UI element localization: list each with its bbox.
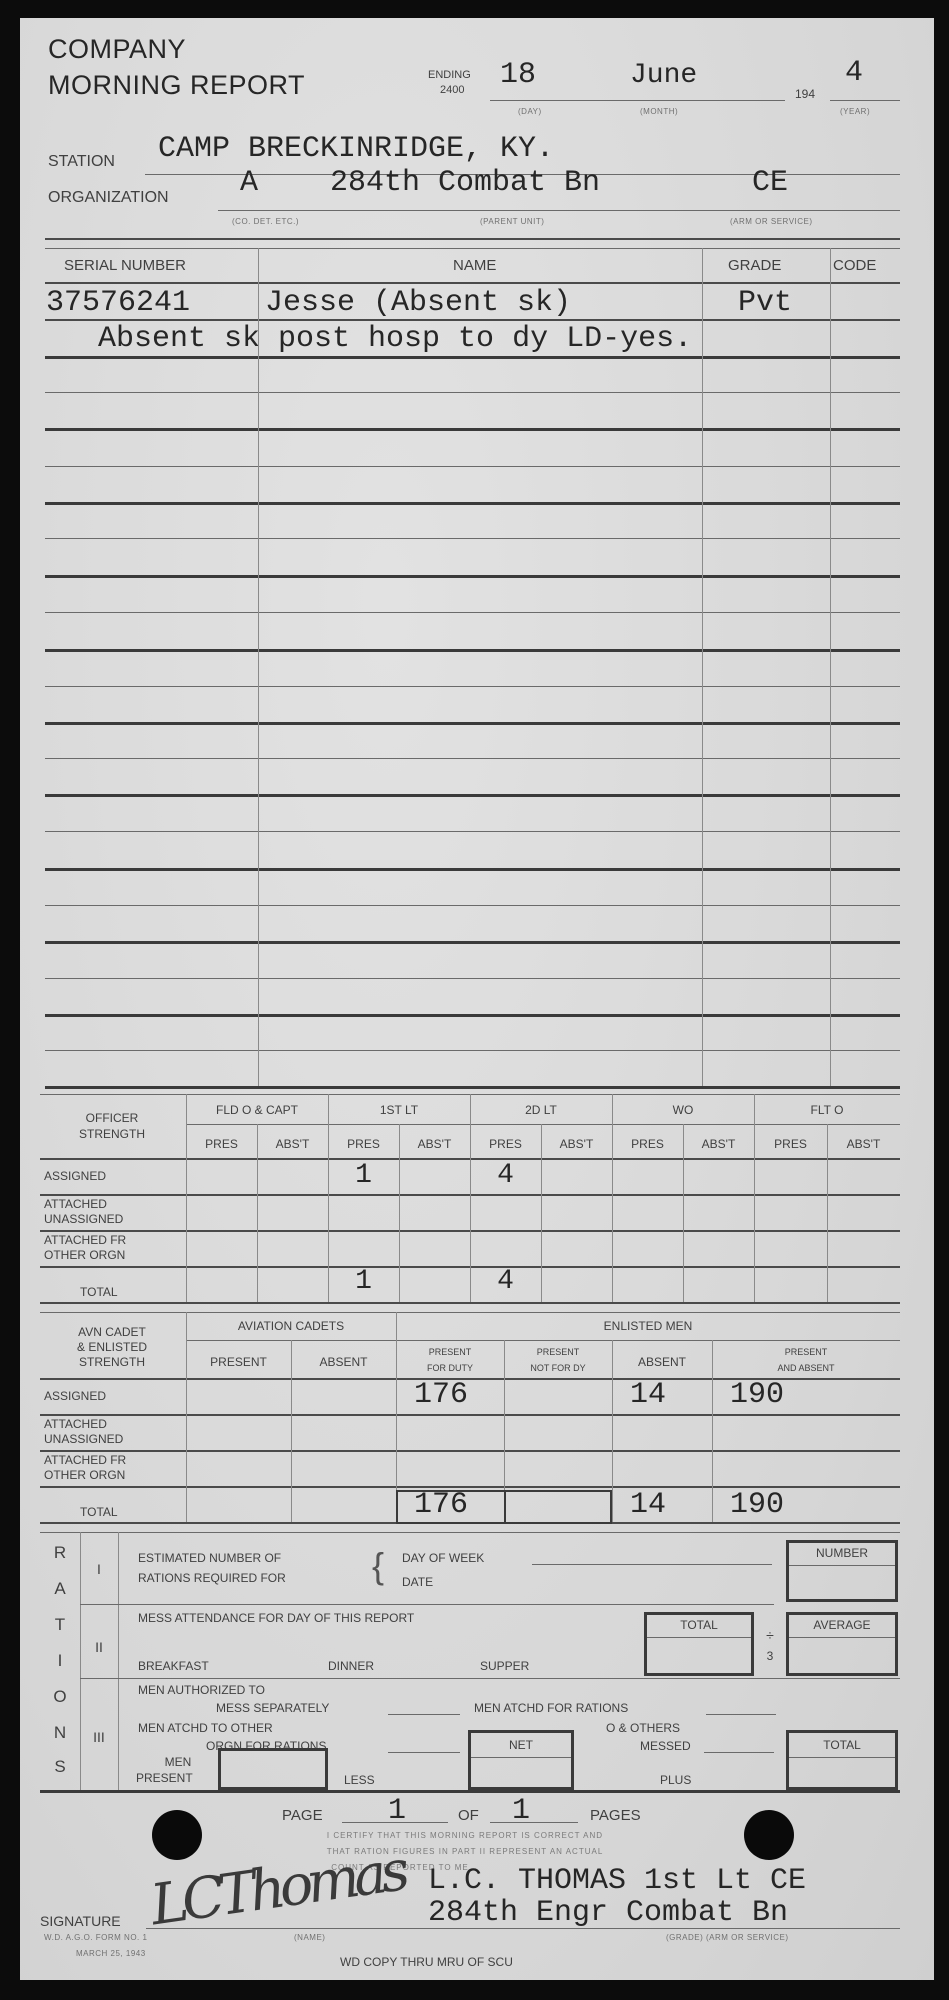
rations-part3-numeral: III bbox=[80, 1730, 118, 1744]
officer-strength-title-2: STRENGTH bbox=[40, 1128, 184, 1140]
fld-pres-header: PRES bbox=[186, 1138, 257, 1150]
mess-total-label: TOTAL bbox=[647, 1619, 751, 1631]
enlisted-row-attached-fr-2: OTHER ORGN bbox=[44, 1469, 125, 1481]
others-messed-line2: MESSED bbox=[640, 1740, 691, 1752]
less-label: LESS bbox=[344, 1774, 375, 1786]
date-label: DATE bbox=[402, 1576, 433, 1588]
2dlt-pres-header: PRES bbox=[470, 1138, 541, 1150]
page-label: PAGE bbox=[282, 1808, 323, 1823]
brace-icon: { bbox=[372, 1548, 384, 1584]
officer-total-2dlt-pres: 4 bbox=[470, 1268, 541, 1296]
enlisted-row-assigned: ASSIGNED bbox=[44, 1390, 106, 1402]
officer-group-flt-o: FLT O bbox=[754, 1104, 900, 1116]
em-present-notduty-header-2: NOT FOR DY bbox=[504, 1364, 612, 1373]
men-authorized-line1: MEN AUTHORIZED TO bbox=[138, 1684, 265, 1696]
divide-icon: ÷ bbox=[756, 1628, 784, 1642]
1stlt-pres-header: PRES bbox=[328, 1138, 399, 1150]
signer-unit: 284th Engr Combat Bn bbox=[428, 1898, 788, 1928]
officer-total-1stlt-pres: 1 bbox=[328, 1268, 399, 1296]
enlisted-row-attached-fr-1: ATTACHED FR bbox=[44, 1454, 126, 1466]
form-title-line2: MORNING REPORT bbox=[48, 72, 305, 99]
organization-parent-unit: 284th Combat Bn bbox=[330, 168, 600, 198]
parent-unit-caption: (PARENT UNIT) bbox=[480, 218, 544, 226]
officer-row-total: TOTAL bbox=[80, 1286, 118, 1298]
em-pres-abs-header-2: AND ABSENT bbox=[712, 1364, 900, 1373]
men-atchd-rations-label: MEN ATCHD FOR RATIONS bbox=[474, 1702, 628, 1714]
supper-label: SUPPER bbox=[480, 1660, 529, 1672]
officer-row-assigned: ASSIGNED bbox=[44, 1170, 106, 1182]
roster-header-name: NAME bbox=[453, 258, 496, 273]
enlisted-row-attached-2: UNASSIGNED bbox=[44, 1433, 123, 1445]
average-box[interactable]: AVERAGE bbox=[786, 1612, 898, 1676]
em-absent-header: ABSENT bbox=[612, 1356, 712, 1368]
certify-line-1: I CERTIFY THAT THIS MORNING REPORT IS CO… bbox=[250, 1832, 680, 1840]
officer-assigned-2dlt-pres: 4 bbox=[470, 1162, 541, 1190]
officer-row-attached-2: UNASSIGNED bbox=[44, 1213, 123, 1225]
organization-company: A bbox=[240, 168, 258, 198]
em-total-pres-abs: 190 bbox=[730, 1490, 784, 1520]
officer-group-2d-lt: 2D LT bbox=[470, 1104, 612, 1116]
em-present-duty-header-2: FOR DUTY bbox=[396, 1364, 504, 1373]
cadet-absent-header: ABSENT bbox=[291, 1356, 396, 1368]
aviation-cadets-group: AVIATION CADETS bbox=[186, 1320, 396, 1332]
net-label: NET bbox=[471, 1739, 571, 1751]
of-label: OF bbox=[458, 1808, 479, 1823]
wo-abst-header: ABS'T bbox=[683, 1138, 754, 1150]
form-title-line1: COMPANY bbox=[48, 36, 186, 63]
form-number: W.D. A.G.O. FORM NO. 1 bbox=[44, 1934, 147, 1942]
station-value: CAMP BRECKINRIDGE, KY. bbox=[158, 134, 554, 164]
officer-row-attached-fr-2: OTHER ORGN bbox=[44, 1249, 125, 1261]
enlisted-row-total: TOTAL bbox=[80, 1506, 118, 1518]
officer-assigned-1stlt-pres: 1 bbox=[328, 1162, 399, 1190]
fld-abst-header: ABS'T bbox=[257, 1138, 328, 1150]
others-messed-line1: O & OTHERS bbox=[606, 1722, 680, 1734]
men-present-line1: MEN bbox=[138, 1756, 218, 1768]
month-caption: (MONTH) bbox=[640, 108, 678, 116]
rations-total-box[interactable]: TOTAL bbox=[786, 1730, 898, 1790]
punch-hole-right bbox=[744, 1810, 794, 1860]
ending-time: 2400 bbox=[440, 85, 464, 96]
roster-header-grade: GRADE bbox=[728, 258, 781, 273]
flt-abst-header: ABS'T bbox=[827, 1138, 900, 1150]
officer-row-attached-fr-1: ATTACHED FR bbox=[44, 1234, 126, 1246]
roster-remark: Absent sk post hosp to dy LD-yes. bbox=[98, 324, 692, 354]
rations-part1-line1: ESTIMATED NUMBER OF bbox=[138, 1552, 281, 1564]
organization-arm: CE bbox=[752, 168, 788, 198]
em-total-absent: 14 bbox=[630, 1490, 666, 1520]
officer-group-fld-capt: FLD O & CAPT bbox=[186, 1104, 328, 1116]
1stlt-abst-header: ABS'T bbox=[399, 1138, 470, 1150]
copy-note: WD COPY THRU MRU OF SCU bbox=[340, 1956, 513, 1968]
mess-attendance-title: MESS ATTENDANCE FOR DAY OF THIS REPORT bbox=[138, 1612, 414, 1624]
cadet-present-header: PRESENT bbox=[186, 1356, 291, 1368]
enlisted-title-3: STRENGTH bbox=[40, 1356, 184, 1368]
rations-part2-numeral: II bbox=[80, 1640, 118, 1654]
signature-label: SIGNATURE bbox=[40, 1914, 121, 1928]
signer-name-grade: L.C. THOMAS 1st Lt CE bbox=[428, 1866, 806, 1896]
officer-group-1st-lt: 1ST LT bbox=[328, 1104, 470, 1116]
enlisted-row-attached-1: ATTACHED bbox=[44, 1418, 107, 1430]
station-label: STATION bbox=[48, 154, 115, 170]
net-box[interactable]: NET bbox=[468, 1730, 574, 1790]
punch-hole-left bbox=[152, 1810, 202, 1860]
name-caption: (NAME) bbox=[294, 1934, 325, 1942]
report-day: 18 bbox=[500, 60, 536, 90]
ending-label: ENDING bbox=[428, 70, 471, 81]
year-caption: (YEAR) bbox=[840, 108, 870, 116]
form-date: MARCH 25, 1943 bbox=[76, 1950, 146, 1958]
rations-part1-numeral: I bbox=[80, 1562, 118, 1576]
day-of-week-label: DAY OF WEEK bbox=[402, 1552, 484, 1564]
year-prefix: 194 bbox=[795, 88, 815, 100]
flt-pres-header: PRES bbox=[754, 1138, 827, 1150]
officer-row-attached-1: ATTACHED bbox=[44, 1198, 107, 1210]
roster-header-code: CODE bbox=[833, 258, 876, 273]
number-box[interactable]: NUMBER bbox=[786, 1540, 898, 1602]
average-label: AVERAGE bbox=[789, 1619, 895, 1631]
roster-serial: 37576241 bbox=[46, 288, 190, 318]
mess-total-box[interactable]: TOTAL bbox=[644, 1612, 754, 1676]
men-present-box[interactable] bbox=[218, 1748, 328, 1790]
enlisted-men-group: ENLISTED MEN bbox=[396, 1320, 900, 1332]
2dlt-abst-header: ABS'T bbox=[541, 1138, 612, 1150]
em-assigned-absent: 14 bbox=[630, 1380, 666, 1410]
men-authorized-line2: MESS SEPARATELY bbox=[216, 1702, 329, 1714]
divide-by-value: 3 bbox=[756, 1650, 784, 1662]
day-caption: (DAY) bbox=[518, 108, 542, 116]
rations-part1-line2: RATIONS REQUIRED FOR bbox=[138, 1572, 286, 1584]
em-assigned-pres-abs: 190 bbox=[730, 1380, 784, 1410]
em-pres-abs-header-1: PRESENT bbox=[712, 1348, 900, 1357]
company-caption: (CO. DET. ETC.) bbox=[232, 218, 299, 226]
em-present-notduty-header-1: PRESENT bbox=[504, 1348, 612, 1357]
report-year-digit: 4 bbox=[845, 58, 863, 88]
pages-label: PAGES bbox=[590, 1808, 641, 1823]
wo-pres-header: PRES bbox=[612, 1138, 683, 1150]
officer-group-wo: WO bbox=[612, 1104, 754, 1116]
enlisted-title-1: AVN CADET bbox=[40, 1326, 184, 1338]
roster-grade: Pvt bbox=[738, 288, 792, 318]
em-present-duty-header-1: PRESENT bbox=[396, 1348, 504, 1357]
report-month: June bbox=[630, 62, 697, 90]
men-atchd-other-line1: MEN ATCHD TO OTHER bbox=[138, 1722, 273, 1734]
em-assigned-present-duty: 176 bbox=[414, 1380, 468, 1410]
arm-caption: (ARM OR SERVICE) bbox=[730, 218, 813, 226]
breakfast-label: BREAKFAST bbox=[138, 1660, 209, 1672]
number-box-label: NUMBER bbox=[789, 1547, 895, 1559]
dinner-label: DINNER bbox=[328, 1660, 374, 1672]
rations-total-label: TOTAL bbox=[789, 1739, 895, 1751]
men-present-line2: PRESENT bbox=[136, 1772, 193, 1784]
officer-strength-title-1: OFFICER bbox=[40, 1112, 184, 1124]
plus-label: PLUS bbox=[660, 1774, 691, 1786]
enlisted-title-2: & ENLISTED bbox=[40, 1341, 184, 1353]
em-total-present-duty: 176 bbox=[414, 1490, 468, 1520]
roster-name: Jesse (Absent sk) bbox=[265, 288, 571, 318]
roster-header-serial: SERIAL NUMBER bbox=[64, 258, 186, 273]
grade-arm-caption: (GRADE) (ARM OR SERVICE) bbox=[666, 1934, 789, 1942]
organization-label: ORGANIZATION bbox=[48, 190, 169, 206]
